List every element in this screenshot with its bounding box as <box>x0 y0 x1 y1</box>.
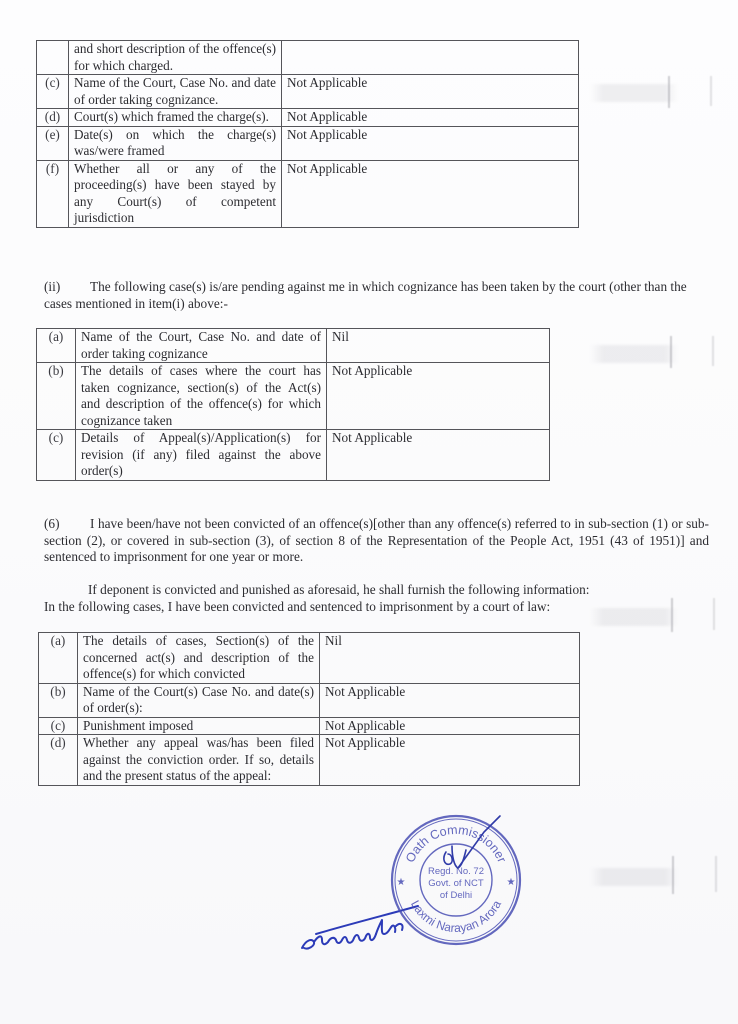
row-value: Not Applicable <box>282 109 579 127</box>
table-row: (a) Name of the Court, Case No. and date… <box>37 329 550 363</box>
bleed-through-mark <box>712 336 714 366</box>
deponent-note-line: If deponent is convicted and punished as… <box>88 582 718 599</box>
row-description: Name of the Court, Case No. and date of … <box>69 75 282 109</box>
row-value: Not Applicable <box>282 75 579 109</box>
section-text: I have been/have not been convicted of a… <box>44 516 709 564</box>
row-description: and short description of the offence(s) … <box>69 41 282 75</box>
row-value: Not Applicable <box>282 160 579 227</box>
table-row: (c) Details of Appeal(s)/Application(s) … <box>37 430 550 481</box>
row-description: Whether all or any of the proceeding(s) … <box>69 160 282 227</box>
section-ii-paragraph: (ii)The following case(s) is/are pending… <box>44 279 709 312</box>
row-value: Not Applicable <box>320 683 580 717</box>
bleed-through-mark <box>668 76 670 108</box>
row-value: Not Applicable <box>327 363 550 430</box>
conviction-intro-line: In the following cases, I have been conv… <box>44 599 709 616</box>
bleed-through-mark <box>670 336 672 368</box>
convictions-table: (a) The details of cases, Section(s) of … <box>38 632 580 786</box>
bleed-through-mark <box>590 868 678 886</box>
table-row: (e) Date(s) on which the charge(s) was/w… <box>37 126 579 160</box>
row-description: Punishment imposed <box>78 717 320 735</box>
row-value: Not Applicable <box>327 430 550 481</box>
row-value: Not Applicable <box>320 717 580 735</box>
table-row: (b) The details of cases where the court… <box>37 363 550 430</box>
table-row: and short description of the offence(s) … <box>37 41 579 75</box>
oath-commissioner-stamp: Oath Commissioner Laxmi Narayan Arora Re… <box>388 812 524 948</box>
row-description: Whether any appeal was/has been filed ag… <box>78 735 320 786</box>
row-label: (e) <box>37 126 69 160</box>
row-description: Court(s) which framed the charge(s). <box>69 109 282 127</box>
table-row: (a) The details of cases, Section(s) of … <box>39 633 580 684</box>
bleed-through-mark <box>590 84 678 102</box>
row-value: Not Applicable <box>320 735 580 786</box>
row-value: Nil <box>320 633 580 684</box>
row-description: Details of Appeal(s)/Application(s) for … <box>76 430 327 481</box>
row-description: The details of cases where the court has… <box>76 363 327 430</box>
row-value: Not Applicable <box>282 126 579 160</box>
row-label: (b) <box>37 363 76 430</box>
star-icon: ★ <box>507 877 516 888</box>
row-label: (c) <box>39 717 78 735</box>
row-label: (a) <box>39 633 78 684</box>
bleed-through-mark <box>713 598 715 630</box>
row-label: (b) <box>39 683 78 717</box>
stamp-line-2: Govt. of NCT <box>428 878 484 889</box>
table-row: (c) Punishment imposed Not Applicable <box>39 717 580 735</box>
charges-table: and short description of the offence(s) … <box>36 40 579 228</box>
row-description: Name of the Court(s) Case No. and date(s… <box>78 683 320 717</box>
table-row: (d) Court(s) which framed the charge(s).… <box>37 109 579 127</box>
cognizance-table: (a) Name of the Court, Case No. and date… <box>36 328 550 481</box>
row-label: (f) <box>37 160 69 227</box>
row-label: (a) <box>37 329 76 363</box>
table-row: (d) Whether any appeal was/has been file… <box>39 735 580 786</box>
row-label <box>37 41 69 75</box>
stamp-line-3: of Delhi <box>440 890 472 901</box>
table-row: (f) Whether all or any of the proceeding… <box>37 160 579 227</box>
stamp-line-1: Regd. No. 72 <box>428 866 484 877</box>
document-page: and short description of the offence(s) … <box>0 0 738 1024</box>
table-row: (c) Name of the Court, Case No. and date… <box>37 75 579 109</box>
bleed-through-mark <box>590 345 678 363</box>
section-text: The following case(s) is/are pending aga… <box>44 279 687 311</box>
section-number: (ii) <box>44 279 90 296</box>
row-description: The details of cases, Section(s) of the … <box>78 633 320 684</box>
bleed-through-mark <box>710 76 712 106</box>
row-description: Name of the Court, Case No. and date of … <box>76 329 327 363</box>
section-6-paragraph: (6)I have been/have not been convicted o… <box>44 516 709 566</box>
section-number: (6) <box>44 516 90 533</box>
row-value: Nil <box>327 329 550 363</box>
star-icon: ★ <box>397 877 406 888</box>
bleed-through-mark <box>672 856 674 894</box>
row-label: (d) <box>39 735 78 786</box>
row-label: (c) <box>37 75 69 109</box>
row-label: (c) <box>37 430 76 481</box>
row-label: (d) <box>37 109 69 127</box>
row-description: Date(s) on which the charge(s) was/were … <box>69 126 282 160</box>
bleed-through-mark <box>715 856 717 892</box>
table-row: (b) Name of the Court(s) Case No. and da… <box>39 683 580 717</box>
row-value <box>282 41 579 75</box>
